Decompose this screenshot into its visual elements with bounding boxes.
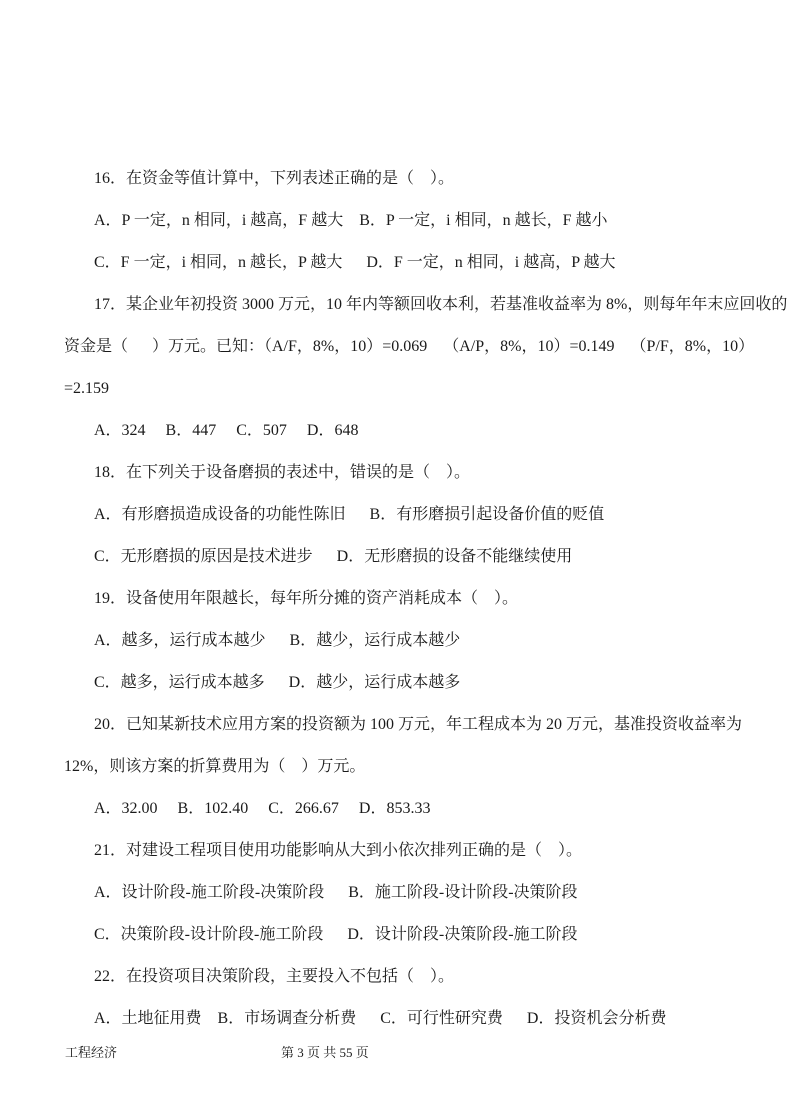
question-line: C．越多，运行成本越多 D．越少，运行成本越多 [0, 662, 792, 704]
question-stem: 20．已知某新技术应用方案的投资额为 100 万元，年工程成本为 20 万元，基… [0, 704, 792, 746]
question-line: A．有形磨损造成设备的功能性陈旧 B．有形磨损引起设备价值的贬值 [0, 494, 792, 536]
question-line: A．设计阶段-施工阶段-决策阶段 B．施工阶段-设计阶段-决策阶段 [0, 872, 792, 914]
document-page: 16．在资金等值计算中，下列表述正确的是（ ）。A．P 一定，n 相同，i 越高… [0, 0, 792, 1120]
question-line: A．越多，运行成本越少 B．越少，运行成本越少 [0, 620, 792, 662]
question-line: =2.159 [0, 368, 792, 410]
question-list: 16．在资金等值计算中，下列表述正确的是（ ）。A．P 一定，n 相同，i 越高… [0, 158, 792, 1040]
question-stem: 18．在下列关于设备磨损的表述中，错误的是（ ）。 [0, 452, 792, 494]
footer-page-indicator: 第 3 页 共 55 页 [281, 1043, 369, 1063]
question-line: A．土地征用费 B．市场调查分析费 C．可行性研究费 D．投资机会分析费 [0, 998, 792, 1040]
question-line: C．无形磨损的原因是技术进步 D．无形磨损的设备不能继续使用 [0, 536, 792, 578]
question-stem: 16．在资金等值计算中，下列表述正确的是（ ）。 [0, 158, 792, 200]
question-line: A．324 B．447 C．507 D．648 [0, 410, 792, 452]
question-line: 12%，则该方案的折算费用为（ ）万元。 [0, 746, 792, 788]
page-footer: 工程经济 第 3 页 共 55 页 [0, 1043, 792, 1063]
question-line: A．32.00 B．102.40 C．266.67 D．853.33 [0, 788, 792, 830]
question-stem: 21．对建设工程项目使用功能影响从大到小依次排列正确的是（ ）。 [0, 830, 792, 872]
question-line: C．决策阶段-设计阶段-施工阶段 D．设计阶段-决策阶段-施工阶段 [0, 914, 792, 956]
footer-course-label: 工程经济 [65, 1043, 117, 1063]
question-line: C．F 一定，i 相同，n 越长，P 越大 D．F 一定，n 相同，i 越高，P… [0, 242, 792, 284]
question-stem: 19．设备使用年限越长，每年所分摊的资产消耗成本（ ）。 [0, 578, 792, 620]
question-stem: 22．在投资项目决策阶段，主要投入不包括（ ）。 [0, 956, 792, 998]
question-line: 资金是（ ）万元。已知：（A/F，8%，10）=0.069 （A/P，8%，10… [0, 326, 792, 368]
question-line: A．P 一定，n 相同，i 越高，F 越大 B．P 一定，i 相同，n 越长，F… [0, 200, 792, 242]
question-stem: 17．某企业年初投资 3000 万元，10 年内等额回收本利，若基准收益率为 8… [0, 284, 792, 326]
